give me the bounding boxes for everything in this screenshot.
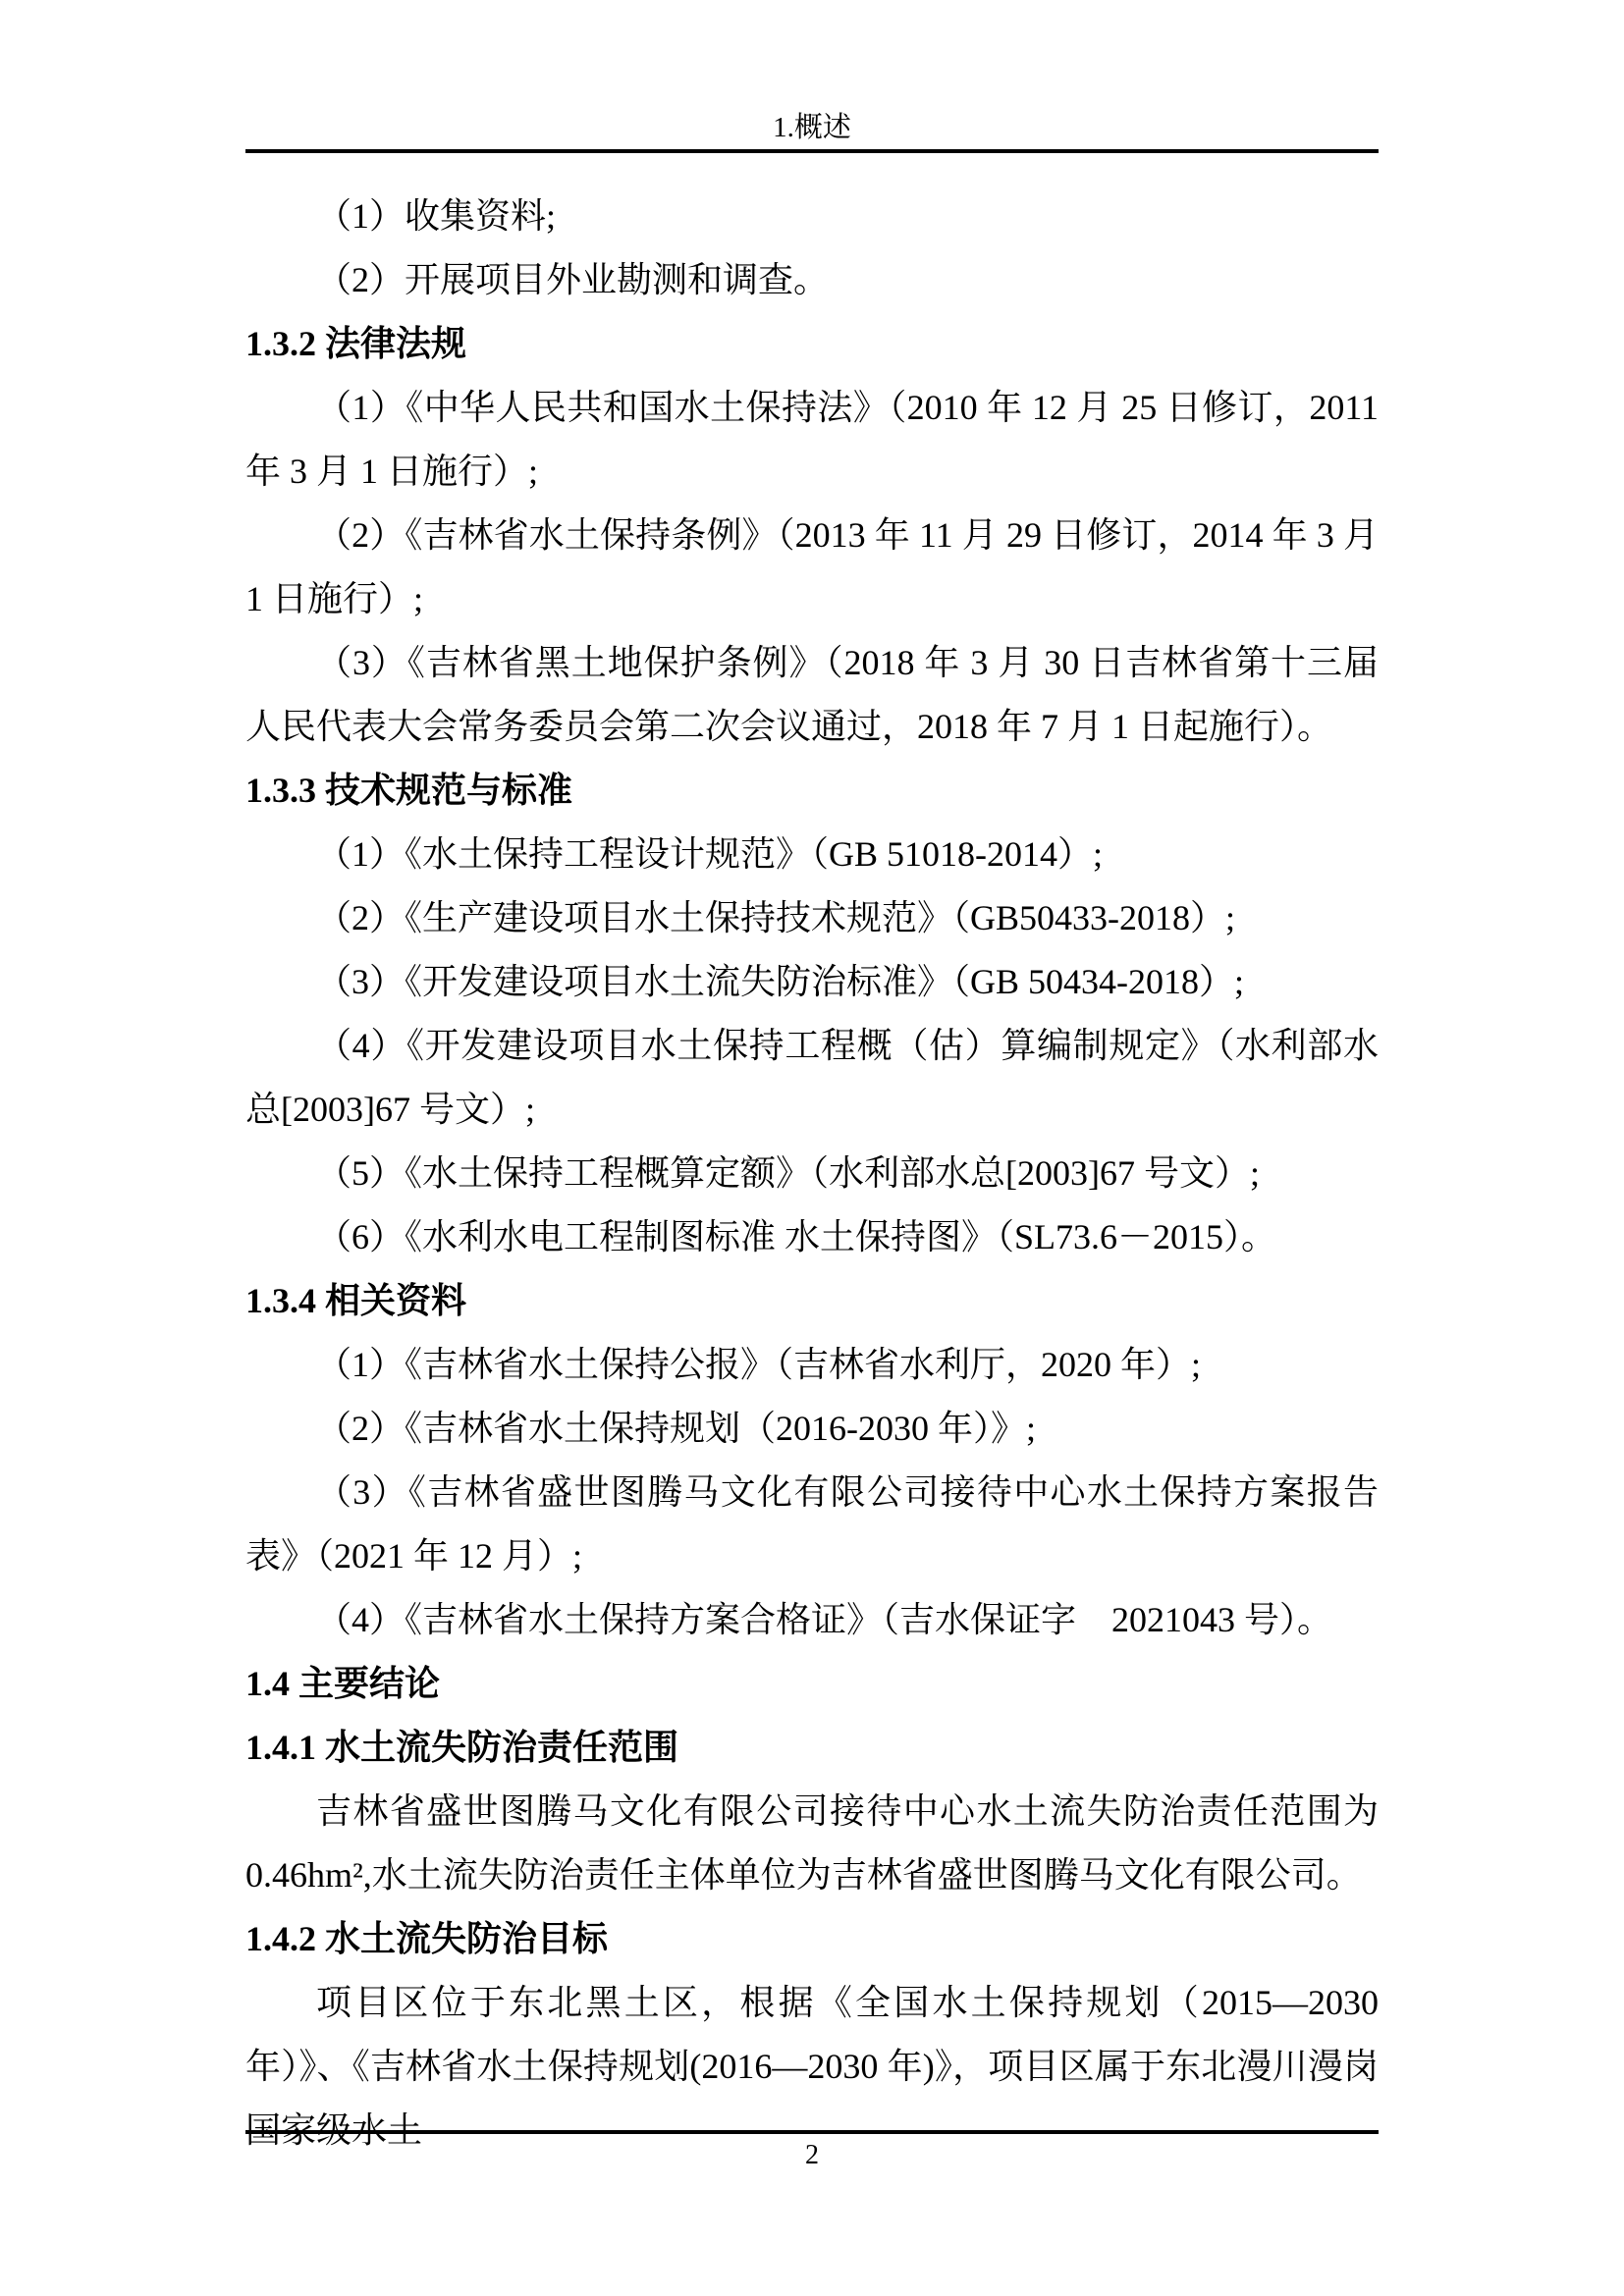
section-heading: 1.3.2 法律法规 bbox=[245, 312, 1379, 376]
paragraph: （1）《吉林省水土保持公报》（吉林省水利厅，2020 年）; bbox=[245, 1333, 1379, 1397]
paragraph: （3）《吉林省黑土地保护条例》（2018 年 3 月 30 日吉林省第十三届人民… bbox=[245, 631, 1379, 759]
section-heading: 1.4.1 水土流失防治责任范围 bbox=[245, 1716, 1379, 1780]
page-footer: 2 bbox=[0, 2138, 1624, 2173]
document-page: 1.概述 （1）收集资料; （2）开展项目外业勘测和调查。 1.3.2 法律法规… bbox=[0, 0, 1624, 2296]
section-heading: 1.3.3 技术规范与标准 bbox=[245, 759, 1379, 823]
section-heading: 1.3.4 相关资料 bbox=[245, 1269, 1379, 1333]
paragraph: （5）《水土保持工程概算定额》（水利部水总[2003]67 号文）; bbox=[245, 1142, 1379, 1205]
paragraph: （3）《吉林省盛世图腾马文化有限公司接待中心水土保持方案报告表》（2021 年 … bbox=[245, 1461, 1379, 1588]
paragraph: （3）《开发建设项目水土流失防治标准》（GB 50434-2018）; bbox=[245, 950, 1379, 1014]
document-content: （1）收集资料; （2）开展项目外业勘测和调查。 1.3.2 法律法规 （1）《… bbox=[245, 185, 1379, 2163]
paragraph: （1）《水土保持工程设计规范》（GB 51018-2014）; bbox=[245, 823, 1379, 886]
paragraph: 吉林省盛世图腾马文化有限公司接待中心水土流失防治责任范围为 0.46hm²,水土… bbox=[245, 1780, 1379, 1907]
footer-rule bbox=[245, 2130, 1379, 2134]
paragraph: （1）收集资料; bbox=[245, 185, 1379, 248]
section-heading: 1.4 主要结论 bbox=[245, 1652, 1379, 1716]
paragraph: （6）《水利水电工程制图标准 水土保持图》（SL73.6－2015）。 bbox=[245, 1205, 1379, 1269]
page-header-title: 1.概述 bbox=[773, 112, 851, 143]
paragraph: （2）开展项目外业勘测和调查。 bbox=[245, 248, 1379, 312]
page-header: 1.概述 bbox=[245, 110, 1379, 153]
page-number: 2 bbox=[805, 2140, 819, 2170]
paragraph: （1）《中华人民共和国水土保持法》（2010 年 12 月 25 日修订，201… bbox=[245, 376, 1379, 504]
paragraph: （4）《开发建设项目水土保持工程概（估）算编制规定》（水利部水总[2003]67… bbox=[245, 1014, 1379, 1142]
paragraph: （4）《吉林省水土保持方案合格证》（吉水保证字 2021043 号）。 bbox=[245, 1588, 1379, 1652]
paragraph: （2）《吉林省水土保持规划（2016-2030 年）》; bbox=[245, 1397, 1379, 1461]
paragraph: （2）《生产建设项目水土保持技术规范》（GB50433-2018）; bbox=[245, 886, 1379, 950]
section-heading: 1.4.2 水土流失防治目标 bbox=[245, 1907, 1379, 1971]
paragraph: （2）《吉林省水土保持条例》（2013 年 11 月 29 日修订，2014 年… bbox=[245, 504, 1379, 631]
